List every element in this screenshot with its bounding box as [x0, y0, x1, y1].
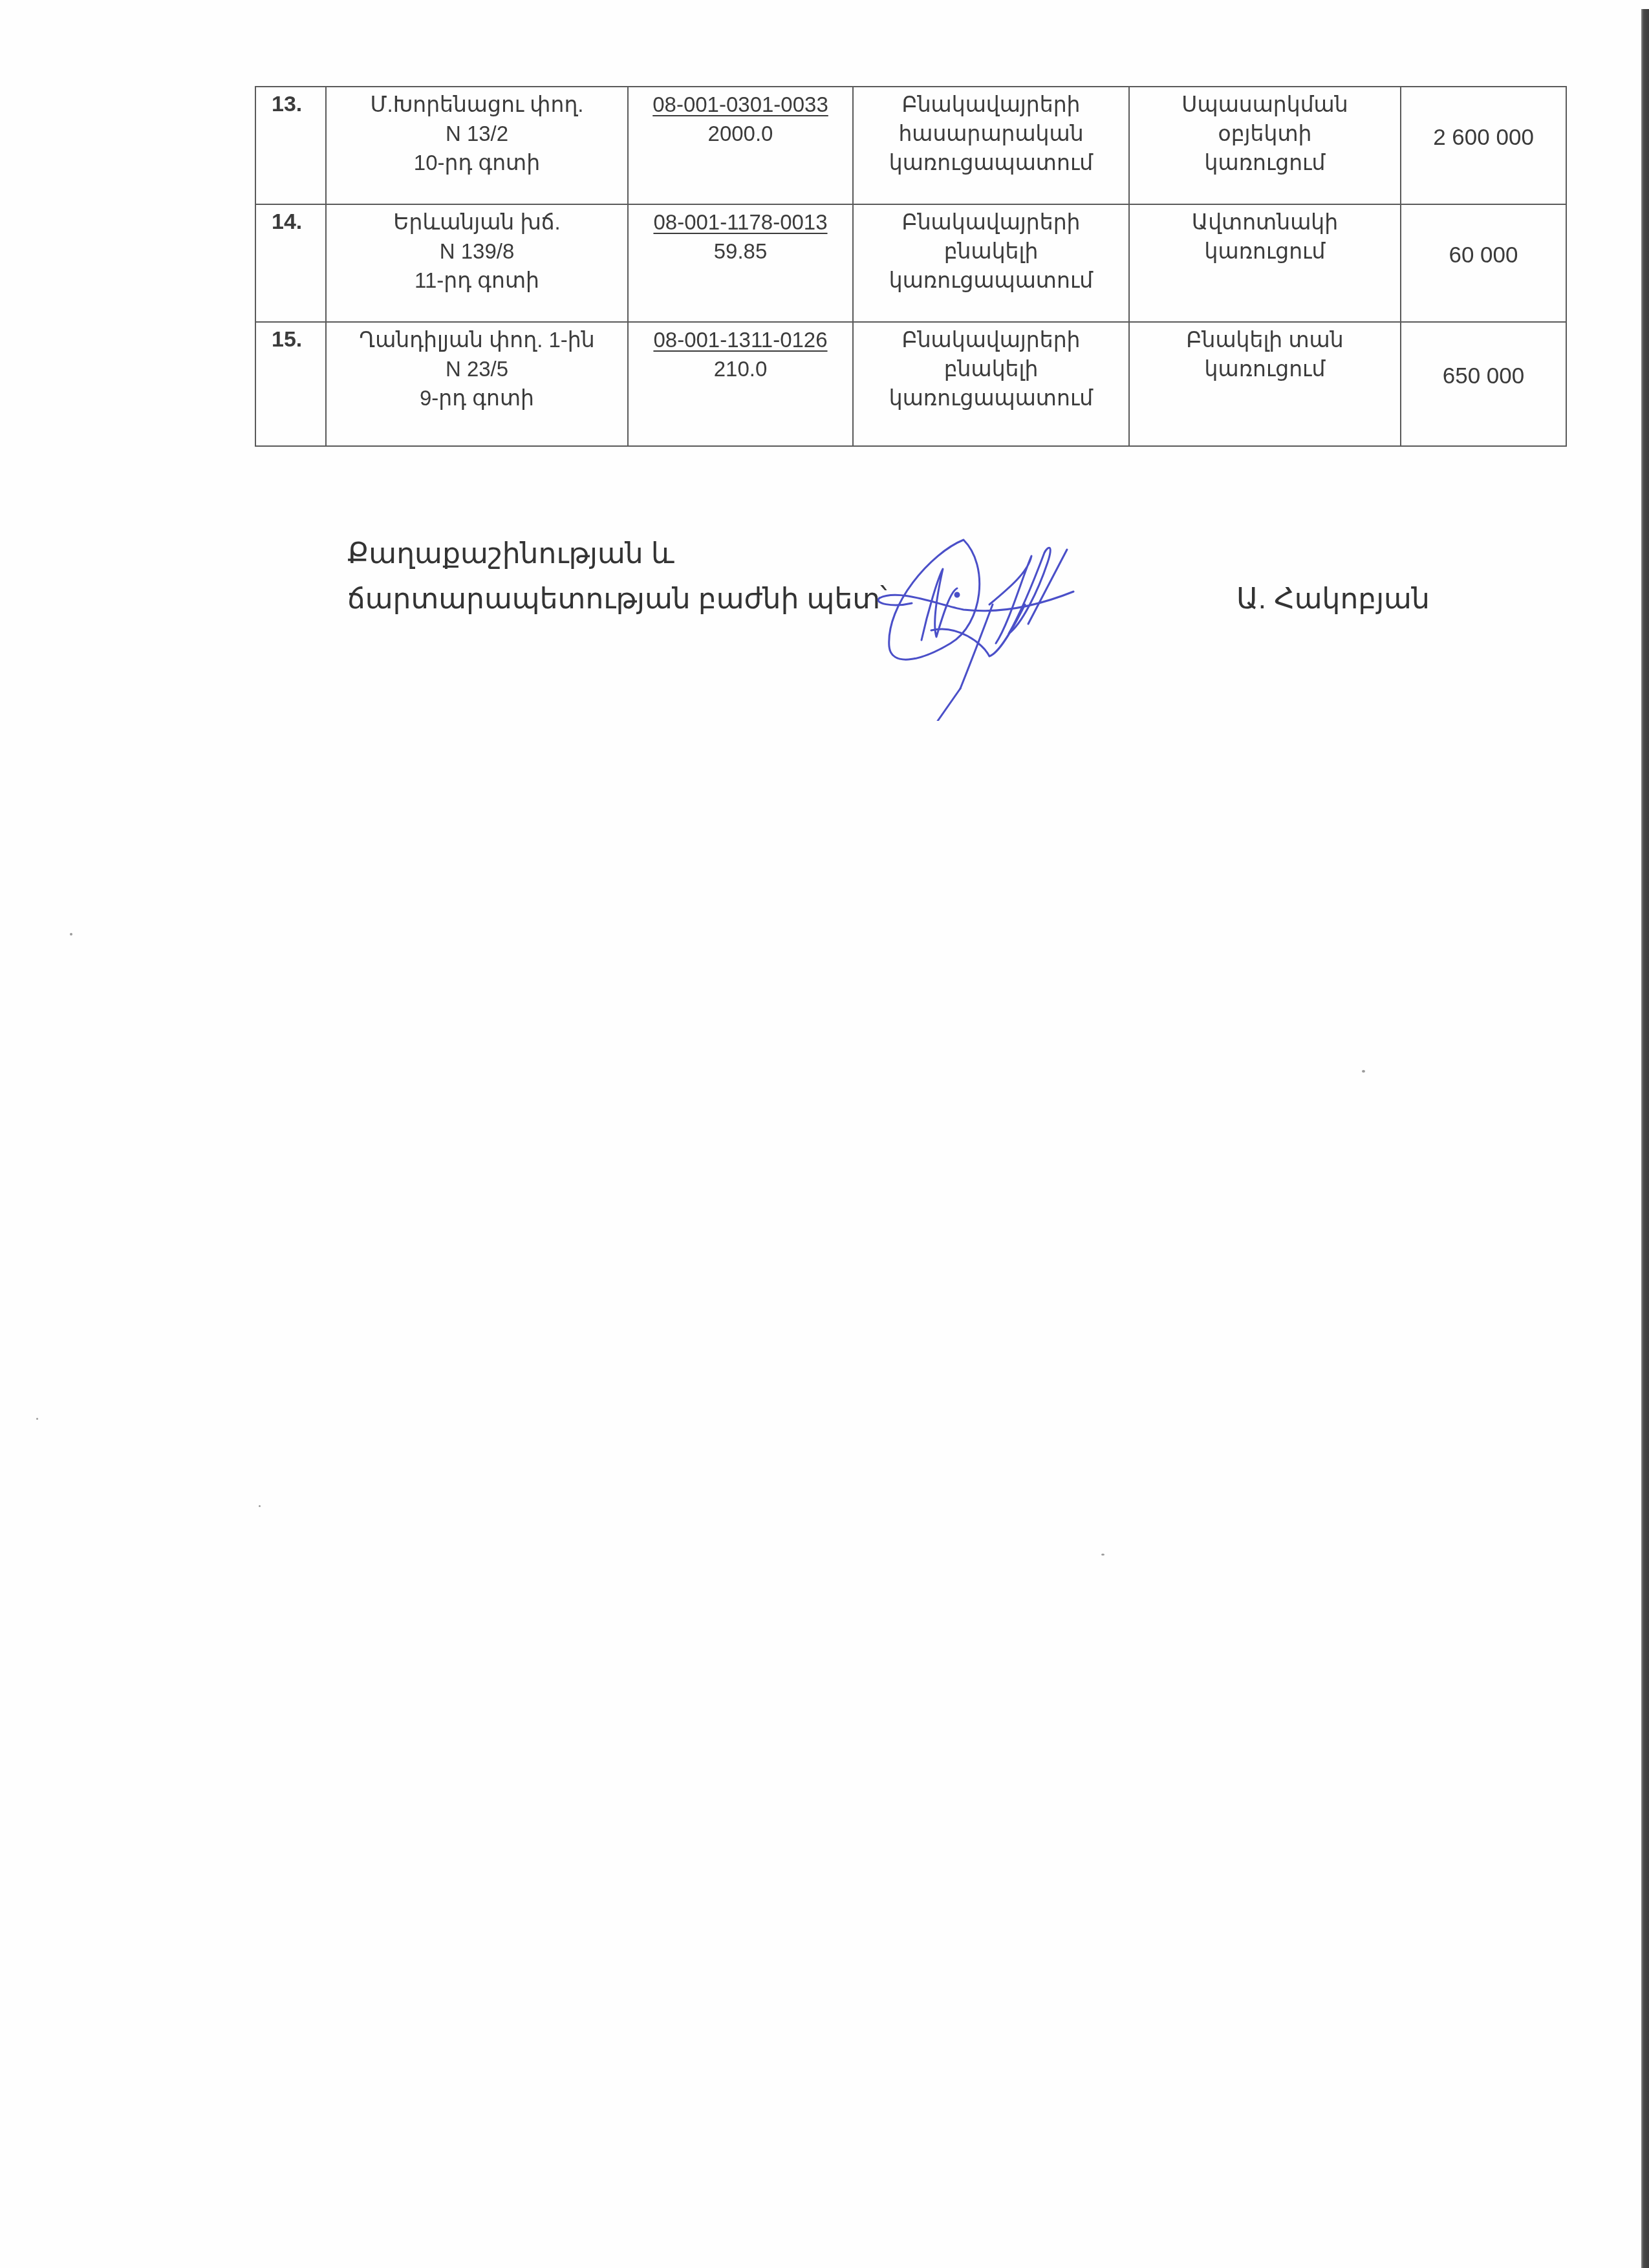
cadastral-code: 08-001-0301-0033 [652, 90, 828, 119]
land-plots-table: 13. Մ.Խորենացու փող. N 13/2 10-րդ գոտի 0… [255, 86, 1567, 447]
signatory-title-line1: Քաղաքաշինության և [347, 531, 887, 577]
purpose-cell: Բնակելի տան կառուցում [1129, 322, 1401, 446]
land-category-line: Բնակավայրերի [860, 208, 1122, 237]
street: Երևանյան խճ. [333, 208, 621, 237]
scanner-edge [1641, 9, 1649, 2268]
purpose-line: կառուցում [1136, 354, 1394, 383]
land-category-line: հասարարական [860, 119, 1122, 148]
purpose-line: Սպասարկման օբյեկտի [1136, 90, 1394, 148]
land-category-cell: Բնակավայրերի բնակելի կառուցապատում [853, 322, 1129, 446]
building-number: N 23/5 [333, 354, 621, 383]
area: 210.0 [635, 354, 846, 383]
cadastral-cell: 08-001-0301-0033 2000.0 [628, 87, 853, 204]
address-cell: Ղանդիլյան փող. 1-ին N 23/5 9-րդ գոտի [326, 322, 628, 446]
document-page: 13. Մ.Խորենացու փող. N 13/2 10-րդ գոտի 0… [0, 0, 1649, 2268]
row-number: 13. [255, 87, 326, 204]
signatory-name: Ա. Հակոբյան [1236, 577, 1430, 622]
cadastral-cell: 08-001-1311-0126 210.0 [628, 322, 853, 446]
purpose-line: Բնակելի տան [1136, 325, 1394, 354]
cadastral-code: 08-001-1178-0013 [653, 208, 827, 237]
amount: 60 000 [1401, 204, 1566, 322]
signatory-title-line2: ճարտարապետության բաժնի պետ՝ [347, 577, 887, 622]
row-number: 14. [255, 204, 326, 322]
area: 59.85 [635, 237, 846, 266]
scan-speck [70, 933, 72, 936]
cadastral-code: 08-001-1311-0126 [653, 325, 827, 354]
street: Ղանդիլյան փող. 1-ին [333, 325, 621, 354]
land-category-cell: Բնակավայրերի բնակելի կառուցապատում [853, 204, 1129, 322]
land-category-cell: Բնակավայրերի հասարարական կառուցապատում [853, 87, 1129, 204]
amount: 2 600 000 [1401, 87, 1566, 204]
street: Մ.Խորենացու փող. [333, 90, 621, 119]
address-cell: Մ.Խորենացու փող. N 13/2 10-րդ գոտի [326, 87, 628, 204]
land-category-line: կառուցապատում [860, 148, 1122, 177]
amount: 650 000 [1401, 322, 1566, 446]
address-cell: Երևանյան խճ. N 139/8 11-րդ գոտի [326, 204, 628, 322]
purpose-cell: Սպասարկման օբյեկտի կառուցում [1129, 87, 1401, 204]
purpose-cell: Ավտոտնակի կառուցում [1129, 204, 1401, 322]
table-row: 13. Մ.Խորենացու փող. N 13/2 10-րդ գոտի 0… [255, 87, 1566, 204]
table-row: 15. Ղանդիլյան փող. 1-ին N 23/5 9-րդ գոտի… [255, 322, 1566, 446]
zone: 11-րդ գոտի [333, 266, 621, 295]
area: 2000.0 [635, 119, 846, 148]
building-number: N 139/8 [333, 237, 621, 266]
building-number: N 13/2 [333, 119, 621, 148]
handwritten-signature [860, 527, 1248, 721]
signatory-title: Քաղաքաշինության և ճարտարապետության բաժնի… [347, 531, 887, 622]
land-category-line: կառուցապատում [860, 383, 1122, 412]
scan-speck [1101, 1554, 1105, 1556]
land-category-line: բնակելի [860, 237, 1122, 266]
land-category-line: Բնակավայրերի [860, 90, 1122, 119]
purpose-line: կառուցում [1136, 148, 1394, 177]
purpose-line: Ավտոտնակի [1136, 208, 1394, 237]
row-number: 15. [255, 322, 326, 446]
zone: 9-րդ գոտի [333, 383, 621, 412]
scan-speck [36, 1418, 38, 1420]
table-row: 14. Երևանյան խճ. N 139/8 11-րդ գոտի 08-0… [255, 204, 1566, 322]
purpose-line: կառուցում [1136, 237, 1394, 266]
land-category-line: Բնակավայրերի [860, 325, 1122, 354]
land-category-line: կառուցապատում [860, 266, 1122, 295]
scanner-edge-gap [1641, 0, 1649, 9]
land-category-line: բնակելի [860, 354, 1122, 383]
cadastral-cell: 08-001-1178-0013 59.85 [628, 204, 853, 322]
scan-speck [1362, 1070, 1365, 1073]
zone: 10-րդ գոտի [333, 148, 621, 177]
scan-speck [259, 1505, 261, 1507]
